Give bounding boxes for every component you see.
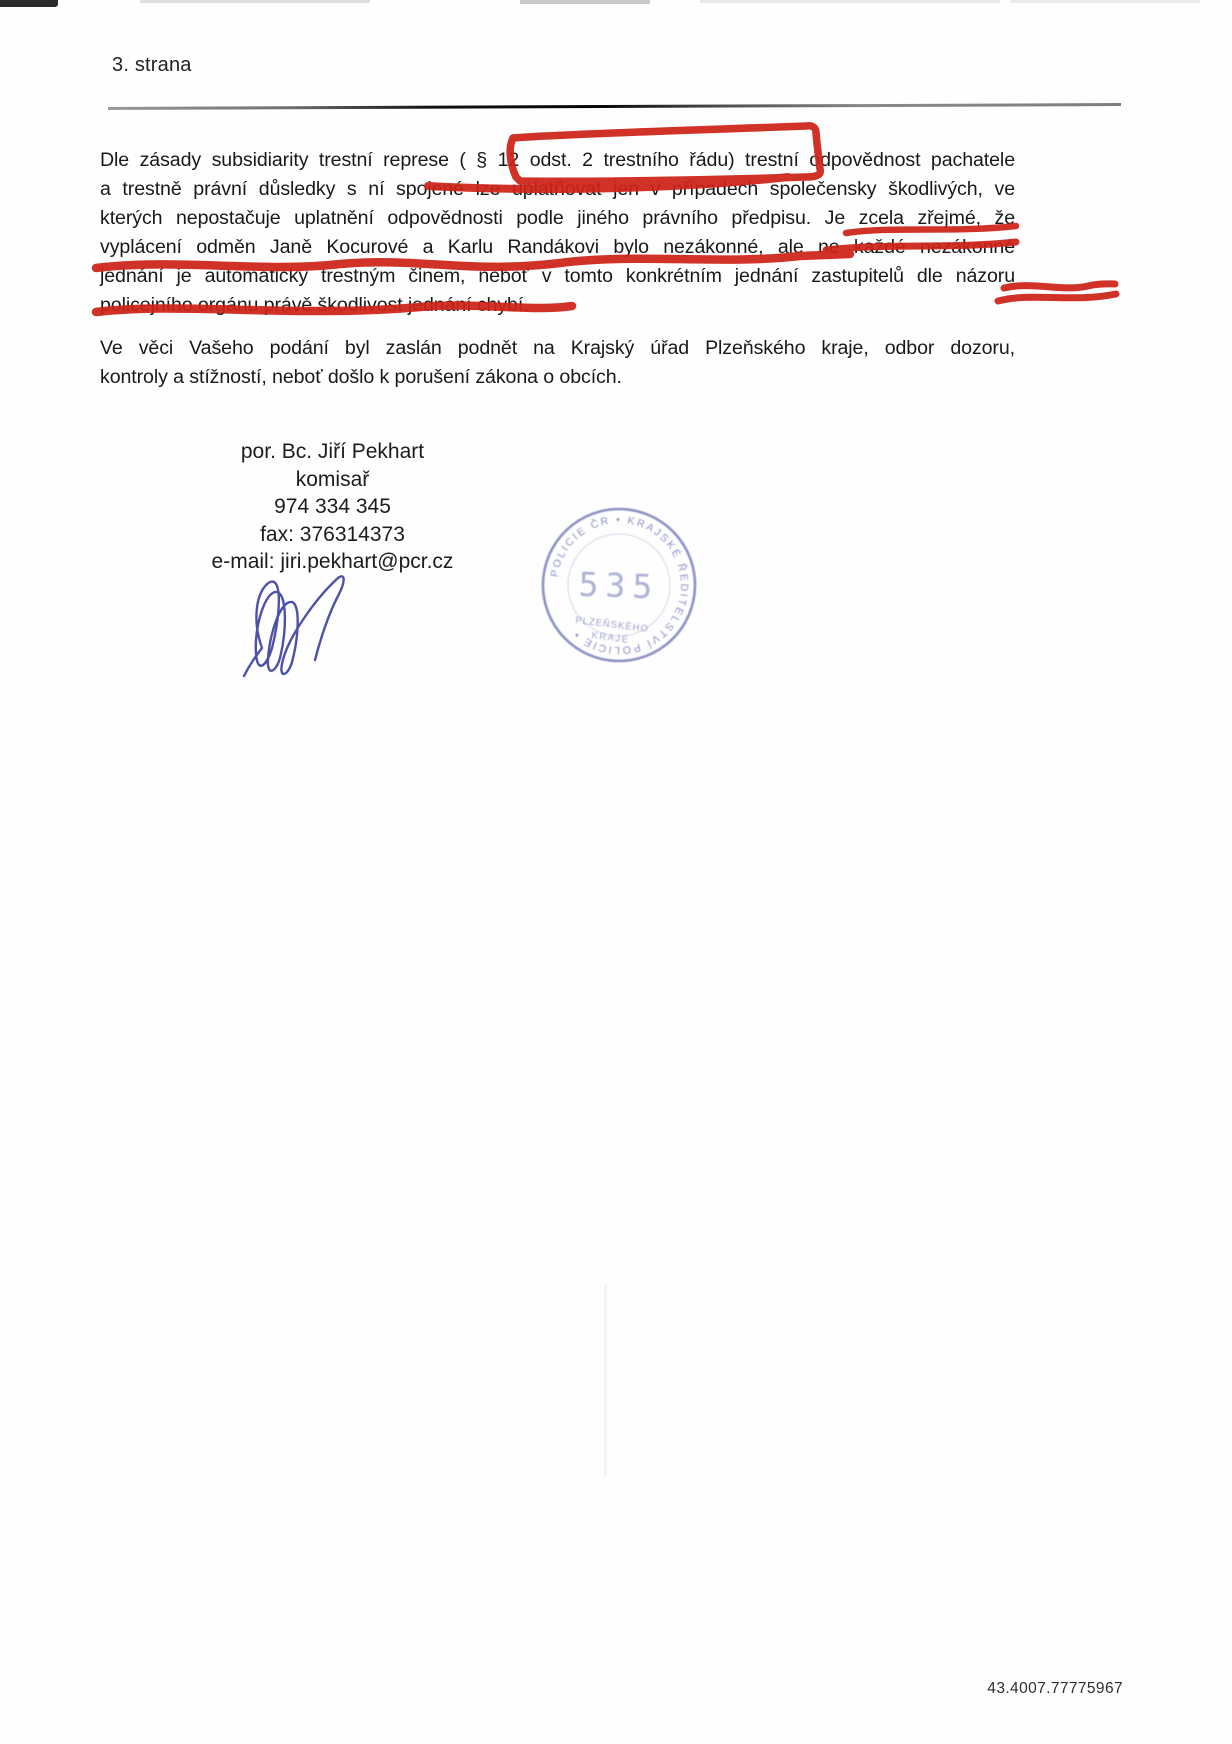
paragraph-line: policejního orgánu právě škodlivost jedn… [100, 291, 1015, 320]
stamp-region-line1: PLZEŇSKÉHO [575, 615, 650, 635]
paragraph-line: Ve věci Vašeho podání byl zaslán podnět … [100, 334, 1015, 363]
paragraph-line: kontroly a stížností, neboť došlo k poru… [100, 363, 1015, 392]
signer-name: por. Bc. Jiří Pekhart [160, 438, 505, 466]
signer-email: e-mail: jiri.pekhart@pcr.cz [160, 548, 505, 576]
paragraph-line: vyplácení odměn Janě Kocurové a Karlu Ra… [100, 233, 1015, 262]
scan-artifact-top-smudge [140, 0, 370, 3]
signer-title: komisař [160, 466, 505, 494]
page-number-label: 3. strana [112, 54, 192, 77]
paragraph-line: jednání je automaticky trestným činem, n… [100, 262, 1015, 291]
scanned-document-page: 3. strana Dle zásady subsidiarity trestn… [0, 0, 1232, 1744]
scan-artifact-top-smudge-3 [1010, 0, 1200, 3]
signature-stroke [244, 576, 344, 676]
stamp-region-line2: KRAJE [591, 630, 630, 646]
signature-block: por. Bc. Jiří Pekhart komisař 974 334 34… [160, 438, 505, 576]
svg-text:POLICIE ČR • KRAJSKÉ ŘEDITEL: POLICIE ČR • KRAJSKÉ ŘEDITELSTVÍ POLICIE… [540, 506, 699, 665]
red-wavy-mark-1 [1004, 284, 1115, 288]
signer-fax: fax: 376314373 [160, 521, 505, 549]
stamp-rim-text: POLICIE ČR • KRAJSKÉ ŘEDITELSTVÍ POLICIE… [540, 506, 699, 665]
scan-artifact-top-dash [520, 0, 650, 4]
scan-artifact-vertical-line [604, 1285, 607, 1477]
stamp-number: 535 [578, 565, 660, 607]
document-reference-number: 43.4007.77775967 [923, 1680, 1123, 1698]
signer-phone: 974 334 345 [160, 493, 505, 521]
stamp-inner-ring [562, 528, 676, 642]
main-paragraph: Dle zásady subsidiarity trestní represe … [100, 146, 1015, 320]
header-divider-line [108, 103, 1121, 110]
paragraph-line: kterých nepostačuje uplatnění odpovědnos… [100, 204, 1015, 233]
closing-paragraph: Ve věci Vašeho podání byl zaslán podnět … [100, 334, 1015, 392]
scan-artifact-top-left [0, 0, 58, 7]
paragraph-line: a trestně právní důsledky s ní spojené l… [100, 175, 1015, 204]
paragraph-line: Dle zásady subsidiarity trestní represe … [100, 146, 1015, 175]
scan-artifact-top-smudge-2 [700, 0, 1000, 3]
red-wavy-mark-2 [998, 294, 1116, 301]
stamp-outer-ring [534, 500, 703, 669]
